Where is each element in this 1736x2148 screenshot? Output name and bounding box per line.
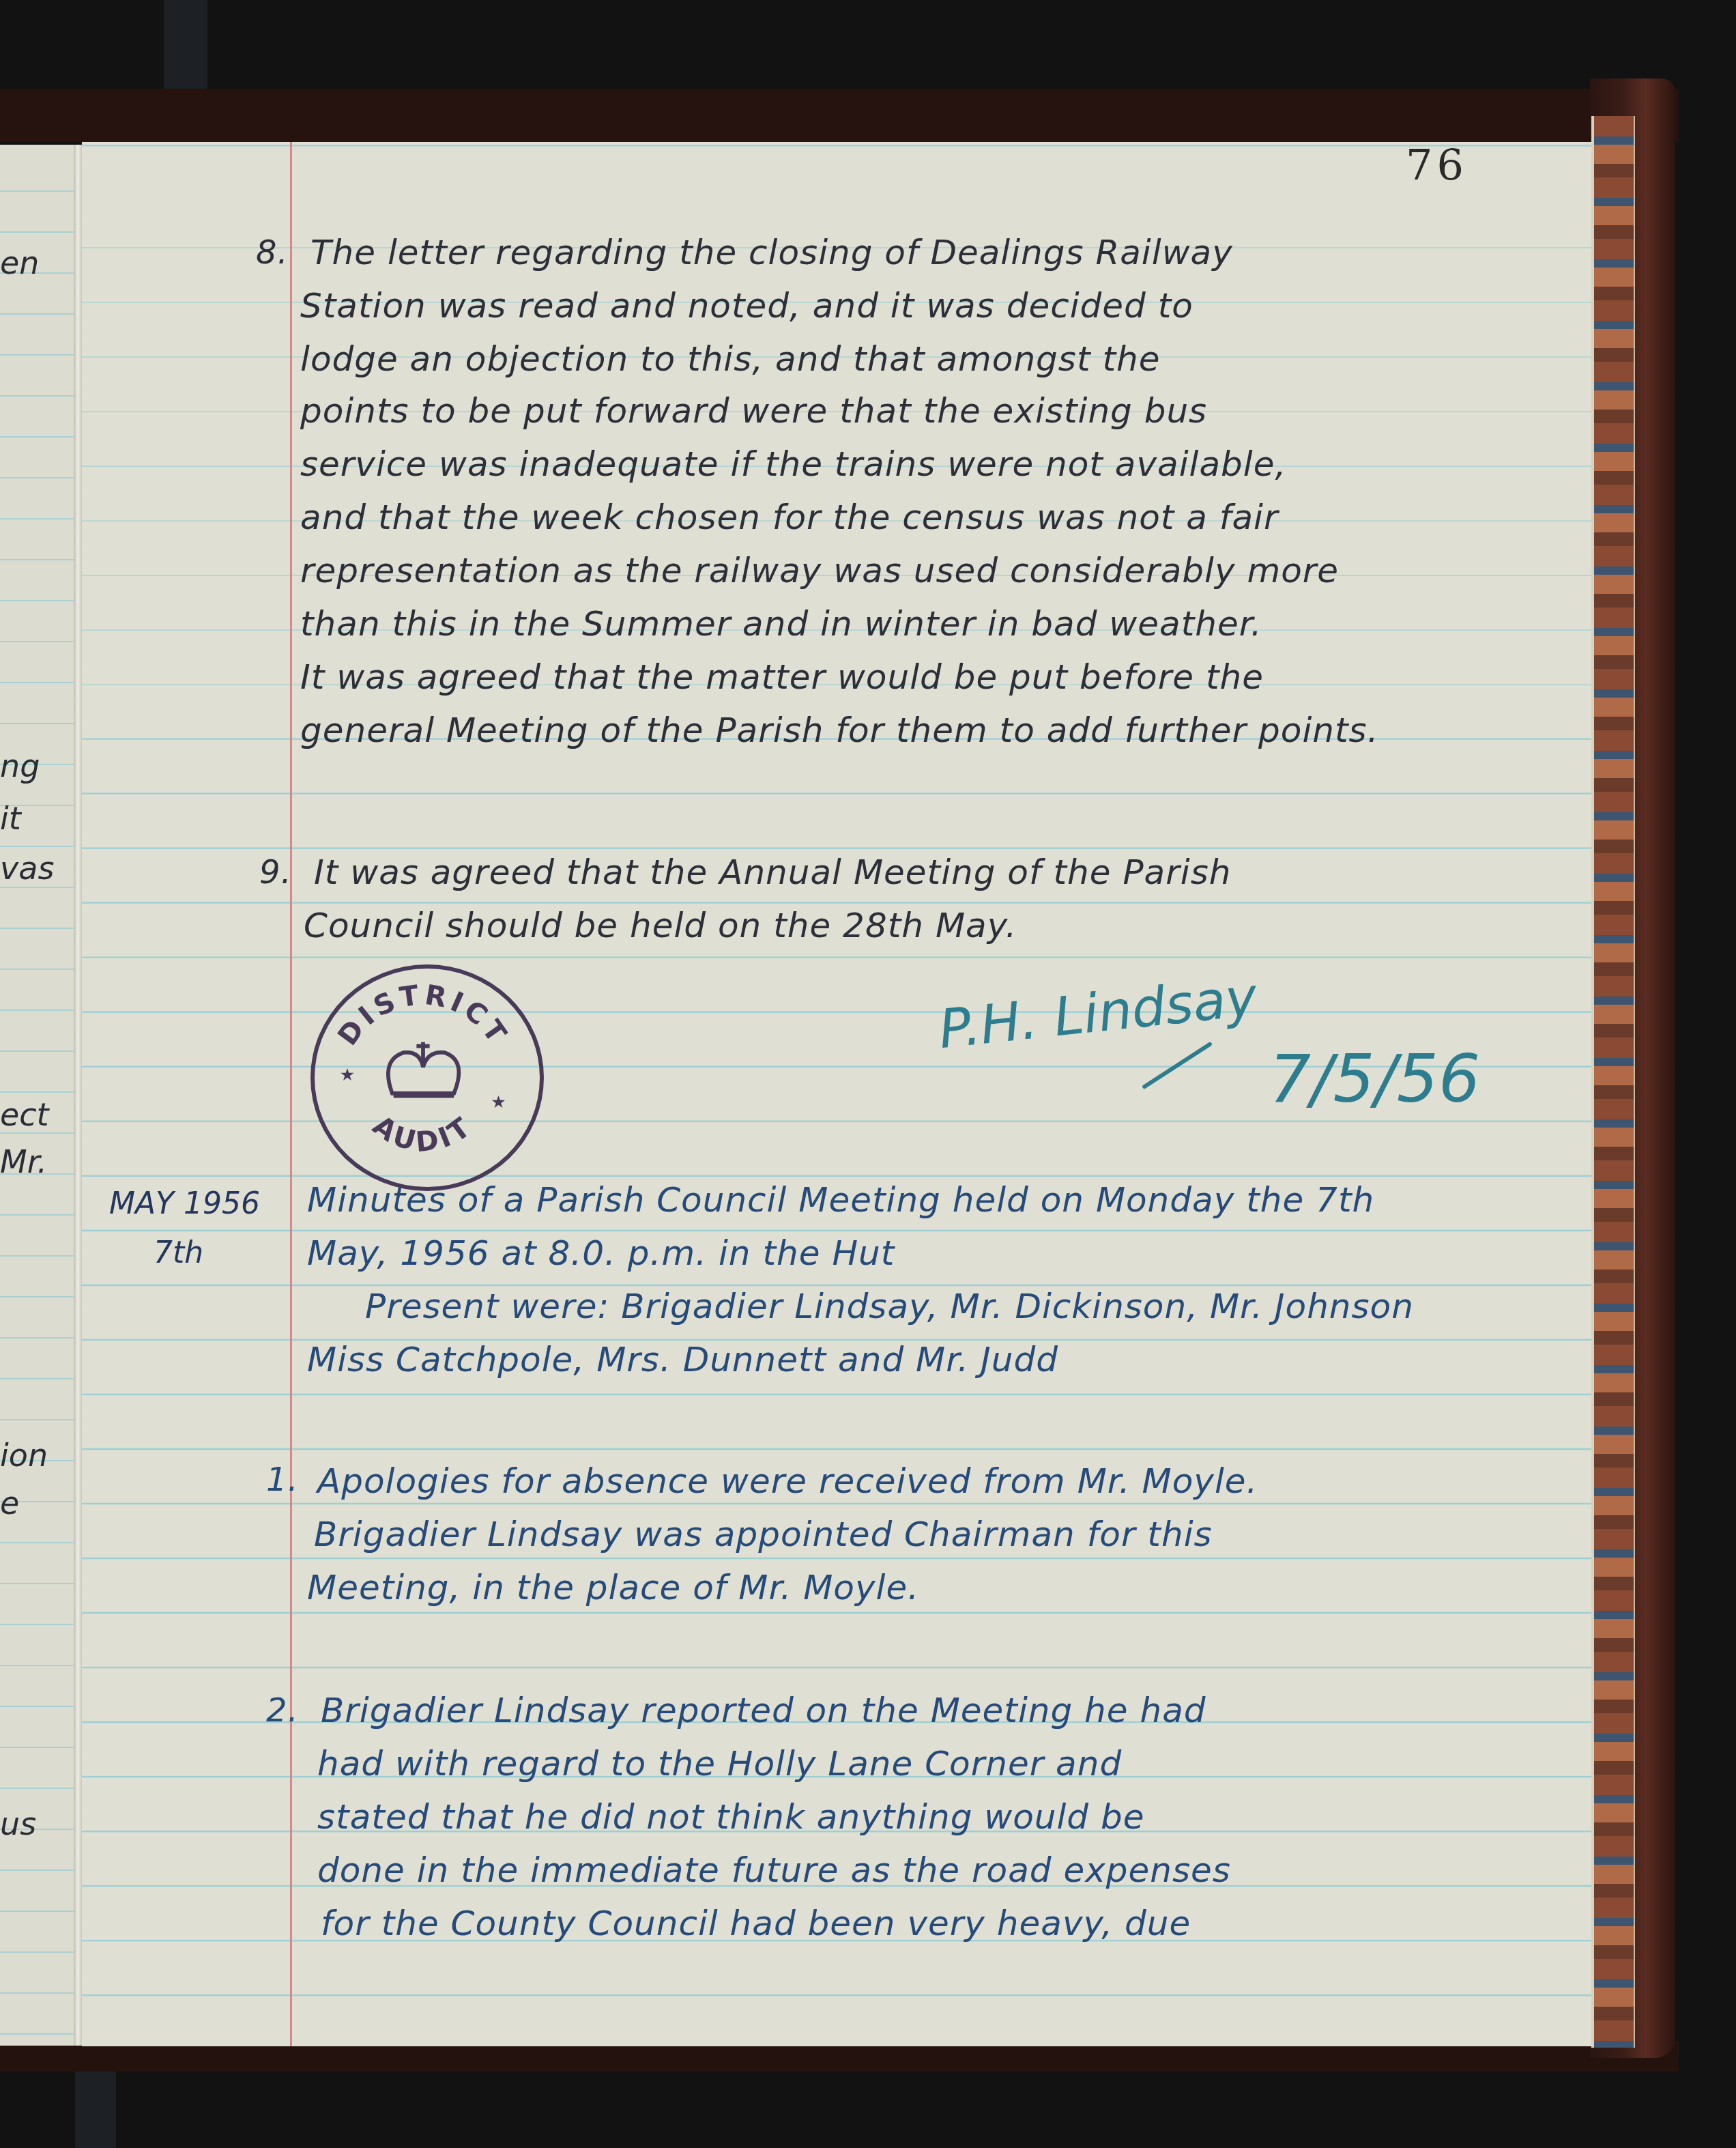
text-line: representation as the railway was used c… — [300, 543, 1339, 598]
text-line: done in the immediate future as the road… — [317, 1843, 1231, 1898]
spine-strip — [75, 2061, 116, 2148]
star-icon: ★ — [340, 1065, 355, 1085]
text-line: Station was read and noted, and it was d… — [300, 278, 1193, 333]
page-gutter — [74, 145, 82, 2046]
crown-icon — [388, 1042, 459, 1095]
margin-date-day: 7th — [154, 1235, 203, 1270]
stamp-top-text: DISTRICT — [331, 978, 515, 1052]
book-cover-top-edge — [0, 89, 1679, 142]
svg-text:DISTRICT: DISTRICT — [331, 978, 515, 1052]
item-number: 9. — [259, 853, 292, 891]
text-line: than this in the Summer and in winter in… — [300, 597, 1262, 651]
text-line: Brigadier Lindsay was appointed Chairman… — [314, 1507, 1213, 1562]
text-line: Minutes of a Parish Council Meeting held… — [307, 1173, 1374, 1227]
text-line: general Meeting of the Parish for them t… — [300, 703, 1379, 758]
stamp-graphic: DISTRICT AUDIT ★ ★ — [315, 969, 532, 1179]
text-line: The letter regarding the closing of Deal… — [310, 225, 1233, 280]
margin-date: MAY 1956 — [109, 1186, 260, 1221]
spine-strip — [164, 0, 207, 96]
item-number: 8. — [256, 233, 289, 272]
marbled-page-edges — [1591, 116, 1635, 2048]
svg-text:AUDIT: AUDIT — [367, 1109, 480, 1159]
left-fragment: it — [0, 800, 21, 837]
left-fragment: vas — [0, 850, 54, 887]
attendance-line: Miss Catchpole, Mrs. Dunnett and Mr. Jud… — [307, 1332, 1058, 1387]
text-line: stated that he did not think anything wo… — [317, 1790, 1144, 1844]
star-icon: ★ — [491, 1092, 506, 1112]
page-number: 76 — [1406, 140, 1468, 190]
left-fragment: en — [0, 244, 39, 281]
left-fragment: ng — [0, 747, 40, 784]
signature-date: 7/5/56 — [1269, 1041, 1480, 1117]
left-fragment: e — [0, 1485, 19, 1521]
left-fragment: ion — [0, 1437, 48, 1474]
margin-rule — [290, 142, 292, 2046]
district-audit-stamp: DISTRICT AUDIT ★ ★ — [310, 964, 544, 1191]
text-line: lodge an objection to this, and that amo… — [300, 332, 1160, 386]
left-fragment: us — [0, 1805, 36, 1842]
text-line: Brigadier Lindsay reported on the Meetin… — [321, 1683, 1206, 1738]
attendance-line: Present were: Brigadier Lindsay, Mr. Dic… — [365, 1279, 1414, 1334]
left-fragment: ect — [0, 1096, 49, 1133]
stamp-bottom-text: AUDIT — [367, 1109, 480, 1159]
text-line: Council should be held on the 28th May. — [304, 898, 1017, 953]
text-line: and that the week chosen for the census … — [300, 490, 1278, 545]
text-line: for the County Council had been very hea… — [321, 1896, 1191, 1951]
text-line: Meeting, in the place of Mr. Moyle. — [307, 1560, 919, 1615]
text-line: It was agreed that the matter would be p… — [300, 650, 1264, 704]
text-line: Apologies for absence were received from… — [317, 1454, 1258, 1508]
text-line: service was inadequate if the trains wer… — [300, 437, 1286, 491]
left-fragment: Mr. — [0, 1143, 47, 1180]
text-line: points to be put forward were that the e… — [300, 384, 1207, 438]
text-line: May, 1956 at 8.0. p.m. in the Hut — [307, 1226, 895, 1280]
item-number: 2. — [266, 1691, 299, 1730]
left-page-ruling — [0, 145, 82, 2046]
text-line: had with regard to the Holly Lane Corner… — [317, 1736, 1122, 1791]
text-line: It was agreed that the Annual Meeting of… — [314, 845, 1231, 900]
item-number: 1. — [266, 1461, 299, 1499]
